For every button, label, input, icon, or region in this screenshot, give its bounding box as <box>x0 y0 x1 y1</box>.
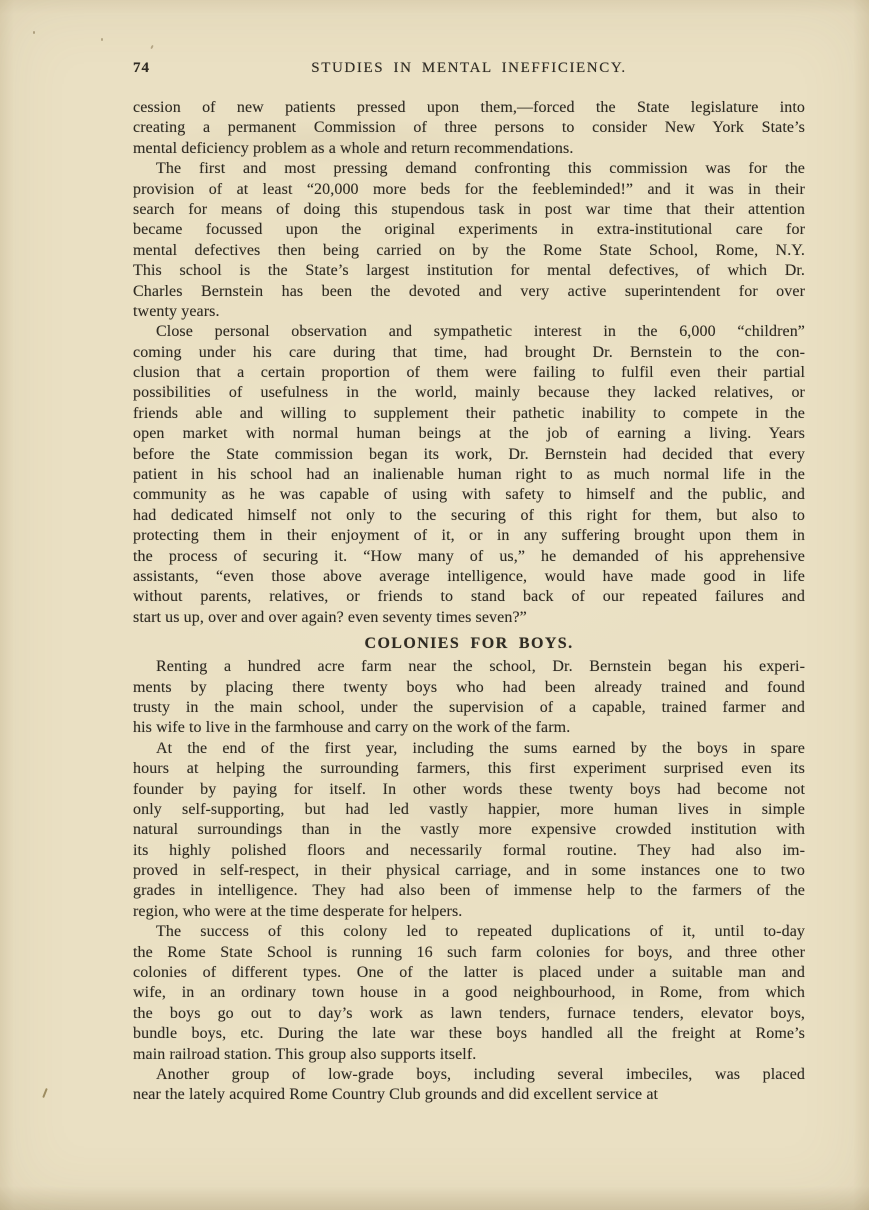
text-line: At the end of the first year, including … <box>133 739 805 759</box>
text-line: provision of at least “20,000 more beds … <box>133 180 805 200</box>
text-line: near the lately acquired Rome Country Cl… <box>133 1085 805 1105</box>
text-line: ments by placing there twenty boys who h… <box>133 678 805 698</box>
text-line: the boys go out to day’s work as lawn te… <box>133 1004 805 1024</box>
pen-mark <box>42 1088 48 1098</box>
paper-speck <box>33 31 35 34</box>
text-line: natural surroundings than in the vastly … <box>133 820 805 840</box>
text-line: clusion that a certain proportion of the… <box>133 363 805 383</box>
text-line: twenty years. <box>133 302 805 322</box>
text-line: The success of this colony led to repeat… <box>133 922 805 942</box>
paper-speck <box>150 45 154 49</box>
text-line: friends able and willing to supplement t… <box>133 404 805 424</box>
scanned-book-page: { "page": { "page_number": "74", "runnin… <box>0 0 869 1210</box>
text-line: cession of new patients pressed upon the… <box>133 98 805 118</box>
text-line: This school is the State’s largest insti… <box>133 261 805 281</box>
text-line: patient in his school had an inalienable… <box>133 465 805 485</box>
paper-speck <box>101 38 103 41</box>
running-title: STUDIES IN MENTAL INEFFICIENCY. <box>133 60 805 77</box>
text-line: proved in self-respect, in their physica… <box>133 861 805 881</box>
text-line: grades in intelligence. They had also be… <box>133 881 805 901</box>
text-line: became focussed upon the original experi… <box>133 220 805 240</box>
text-line: main railroad station. This group also s… <box>133 1045 805 1065</box>
text-line: its highly polished floors and necessari… <box>133 841 805 861</box>
text-line: Renting a hundred acre farm near the sch… <box>133 657 805 677</box>
page-header: 74 STUDIES IN MENTAL INEFFICIENCY. <box>133 60 805 80</box>
text-line: community as he was capable of using wit… <box>133 485 805 505</box>
text-line: Charles Bernstein has been the devoted a… <box>133 282 805 302</box>
text-line: had dedicated himself not only to the se… <box>133 506 805 526</box>
page-number: 74 <box>133 60 150 77</box>
text-line: before the State commission began its wo… <box>133 445 805 465</box>
text-line: The first and most pressing demand confr… <box>133 159 805 179</box>
text-line: search for means of doing this stupendou… <box>133 200 805 220</box>
body-text: cession of new patients pressed upon the… <box>133 98 805 1106</box>
text-line: his wife to live in the farmhouse and ca… <box>133 718 805 738</box>
text-line: Another group of low-grade boys, includi… <box>133 1065 805 1085</box>
text-line: protecting them in their enjoyment of it… <box>133 526 805 546</box>
text-line: start us up, over and over again? even s… <box>133 608 805 628</box>
text-line: the process of securing it. “How many of… <box>133 547 805 567</box>
text-line: only self-supporting, but had led vastly… <box>133 800 805 820</box>
text-line: bundle boys, etc. During the late war th… <box>133 1024 805 1044</box>
text-line: trusty in the main school, under the sup… <box>133 698 805 718</box>
text-line: hours at helping the surrounding farmers… <box>133 759 805 779</box>
text-line: colonies of different types. One of the … <box>133 963 805 983</box>
text-line: the Rome State School is running 16 such… <box>133 943 805 963</box>
text-line: mental deficiency problem as a whole and… <box>133 139 805 159</box>
text-line: founder by paying for itself. In other w… <box>133 780 805 800</box>
text-line: open market with normal human beings at … <box>133 424 805 444</box>
text-line: region, who were at the time desperate f… <box>133 902 805 922</box>
text-line: wife, in an ordinary town house in a goo… <box>133 983 805 1003</box>
text-line: creating a permanent Commission of three… <box>133 118 805 138</box>
text-line: mental defectives then being carried on … <box>133 241 805 261</box>
text-line: possibilities of usefulness in the world… <box>133 383 805 403</box>
text-line: coming under his care during that time, … <box>133 343 805 363</box>
text-line: without parents, relatives, or friends t… <box>133 587 805 607</box>
text-line: assistants, “even those above average in… <box>133 567 805 587</box>
text-line: Close personal observation and sympathet… <box>133 322 805 342</box>
section-heading: COLONIES FOR BOYS. <box>133 633 805 655</box>
